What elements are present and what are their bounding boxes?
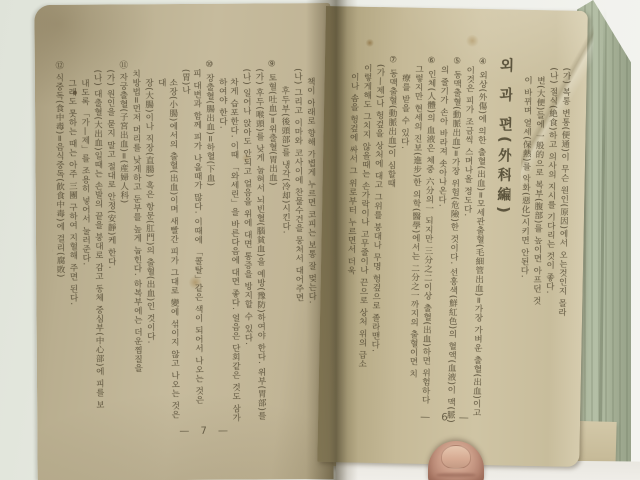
text-column: ⑫ 식중독(食中毒)=음식중독(飮食中毒)에 걸리(腐敗) (52, 61, 66, 425)
section-title: 외 과 편(外科編) (490, 57, 513, 429)
text-column: (나) 일어나 앉아도 안되고 얼음을 위에 대면 통증을 방지할 수 있다. (240, 69, 254, 424)
text-column: ⑩ 장출혈(腸出血)=하혈(下血) (203, 60, 217, 424)
paper-stain (465, 35, 479, 47)
text-column: 장(大腸)이나 직장(直腸) 혹은 항문(肛門)의 출혈(出血)인 것이다. (142, 78, 156, 424)
text-column: ⑪ 자궁출혈(子宮出血)=(産婦人科) (117, 60, 131, 424)
paper-stain (365, 39, 374, 47)
right-page: (가) 복통 변통(便通)이 무슨 원인(原因)에서 오는것인지 몰라(나) 절… (317, 6, 588, 467)
thumb-crease (436, 473, 476, 477)
text-column: (가) 원인을 묻지 말고 절대로 안정(安靜)케 한다. (104, 69, 118, 424)
text-column: (가) 후두(喉頭)를 낮게 눕혀서 뇌빈혈(腦貧血)을 예방(豫防)하여야 한… (253, 68, 267, 423)
text-column: 책이 아래로 향해 가볍게 누르면 코피는 보통 잘 멎는다. (304, 77, 318, 423)
text-column: ⑨ 토혈(吐血)=위출혈(胃出血) (265, 59, 279, 423)
text-column: (나) 그리고 이마와 코사이에 찬물수건을 뭉쳐서 대어주면 (291, 68, 305, 423)
text-column: 소장(小腸)에서의 출혈(出血)이며 새빨간 피가 그대로 變에 섞이지 않고 … (155, 78, 180, 424)
text-column: 차게 습포한다. 이때 「와세린」을 바른다음에 대면 좋다. 얼음은 단회같은… (216, 78, 241, 424)
text-column: 피 대변과 함께 피가 나올때가 많다. 이때에 「콜탈」같은 색이 되어서 나… (179, 69, 204, 424)
page-number-left: — 7 — (179, 426, 232, 437)
left-page: 책이 아래로 향해 가볍게 누르면 코피는 보통 잘 멎는다.(나) 그리고 이… (34, 3, 333, 480)
text-column: 그래도 못하는 때는 아주 三團 구하여 지혈해 주면 된다. (65, 79, 79, 425)
left-page-text-columns: 책이 아래로 향해 가볍게 누르면 코피는 보통 잘 멎는다.(나) 그리고 이… (51, 59, 320, 425)
text-column: (나) 대출혈(大出血)일때는 손발의 끝을 붕대로 감고 동체 중심부(中心部… (91, 70, 105, 425)
text-column: 후두부(後頭部)를 냉각(冷却)시킨다. (278, 86, 292, 423)
text-column: 치방법=먼저 머리를 낮게하고 둔부를 높게 눕힌다. 하복부에는 더운찜질을 (129, 69, 143, 424)
right-page-text-columns: (가) 복통 변통(便通)이 무슨 원인(原因)에서 오는것인지 몰라(나) 절… (340, 54, 573, 430)
book-photo-scene: 책이 아래로 향해 가볍게 누르면 코피는 보통 잘 멎는다.(나) 그리고 이… (0, 0, 640, 480)
text-column: 내도록 「가—제」를 조용히 넣어서 눌러준다. (78, 79, 92, 425)
page-number-right: — 6 — (420, 412, 473, 424)
thumb-nail (441, 445, 471, 469)
